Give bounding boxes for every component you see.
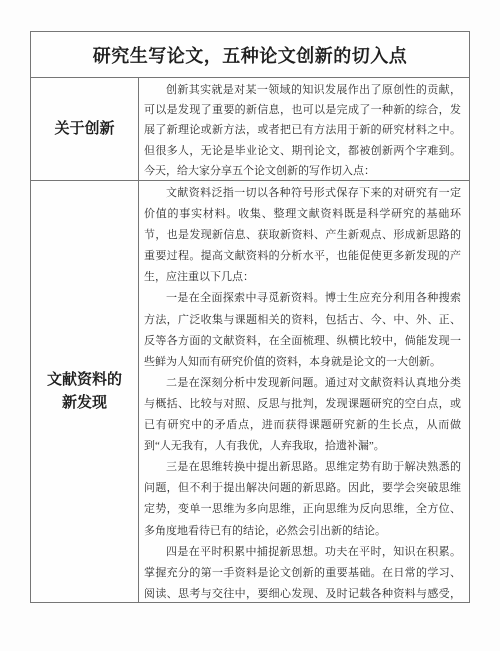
- paragraph-point-3: 三是在思维转换中提出新思路。思维定势有助于解决熟悉的问题，但不利于提出解决问题的…: [144, 457, 461, 541]
- paragraph-point-2: 二是在深刻分析中发现新问题。通过对文献资料认真地分类与概括、比较与对照、反思与批…: [144, 373, 461, 457]
- paragraph-point-4: 四是在平时积累中捕捉新思想。功夫在平时，知识在积累。掌握充分的第一手资料是论文创…: [144, 542, 461, 602]
- table-row-literature-discovery: 文献资料的 新发现 文献资料泛指一切以各种符号形式保存下来的对研究有一定价值的事…: [31, 180, 469, 602]
- row-label-text-line2: 新发现: [62, 392, 107, 415]
- article-table: 研究生写论文，五种论文创新的切入点 关于创新 创新其实就是对某一领域的知识发展作…: [30, 31, 470, 603]
- paragraph-point-1: 一是在全面探索中寻觅新资料。博士生应充分利用各种搜索方法，广泛收集与课题相关的资…: [144, 288, 461, 372]
- row-label-literature-discovery: 文献资料的 新发现: [31, 181, 139, 602]
- page-title: 研究生写论文，五种论文创新的切入点: [31, 32, 469, 78]
- row-content-literature-discovery: 文献资料泛指一切以各种符号形式保存下来的对研究有一定价值的事实材料。收集、整理文…: [139, 181, 469, 602]
- row-label-text: 关于创新: [54, 118, 114, 141]
- paragraph-intro: 文献资料泛指一切以各种符号形式保存下来的对研究有一定价值的事实材料。收集、整理文…: [144, 183, 461, 288]
- table-row-about-innovation: 关于创新 创新其实就是对某一领域的知识发展作出了原创性的贡献，可以是发现了重要的…: [31, 78, 469, 180]
- paragraph: 创新其实就是对某一领域的知识发展作出了原创性的贡献，可以是发现了重要的新信息，也…: [144, 80, 461, 180]
- row-label-text-line1: 文献资料的: [47, 369, 122, 392]
- row-content-about-innovation: 创新其实就是对某一领域的知识发展作出了原创性的贡献，可以是发现了重要的新信息，也…: [139, 78, 469, 180]
- row-label-about-innovation: 关于创新: [31, 78, 139, 180]
